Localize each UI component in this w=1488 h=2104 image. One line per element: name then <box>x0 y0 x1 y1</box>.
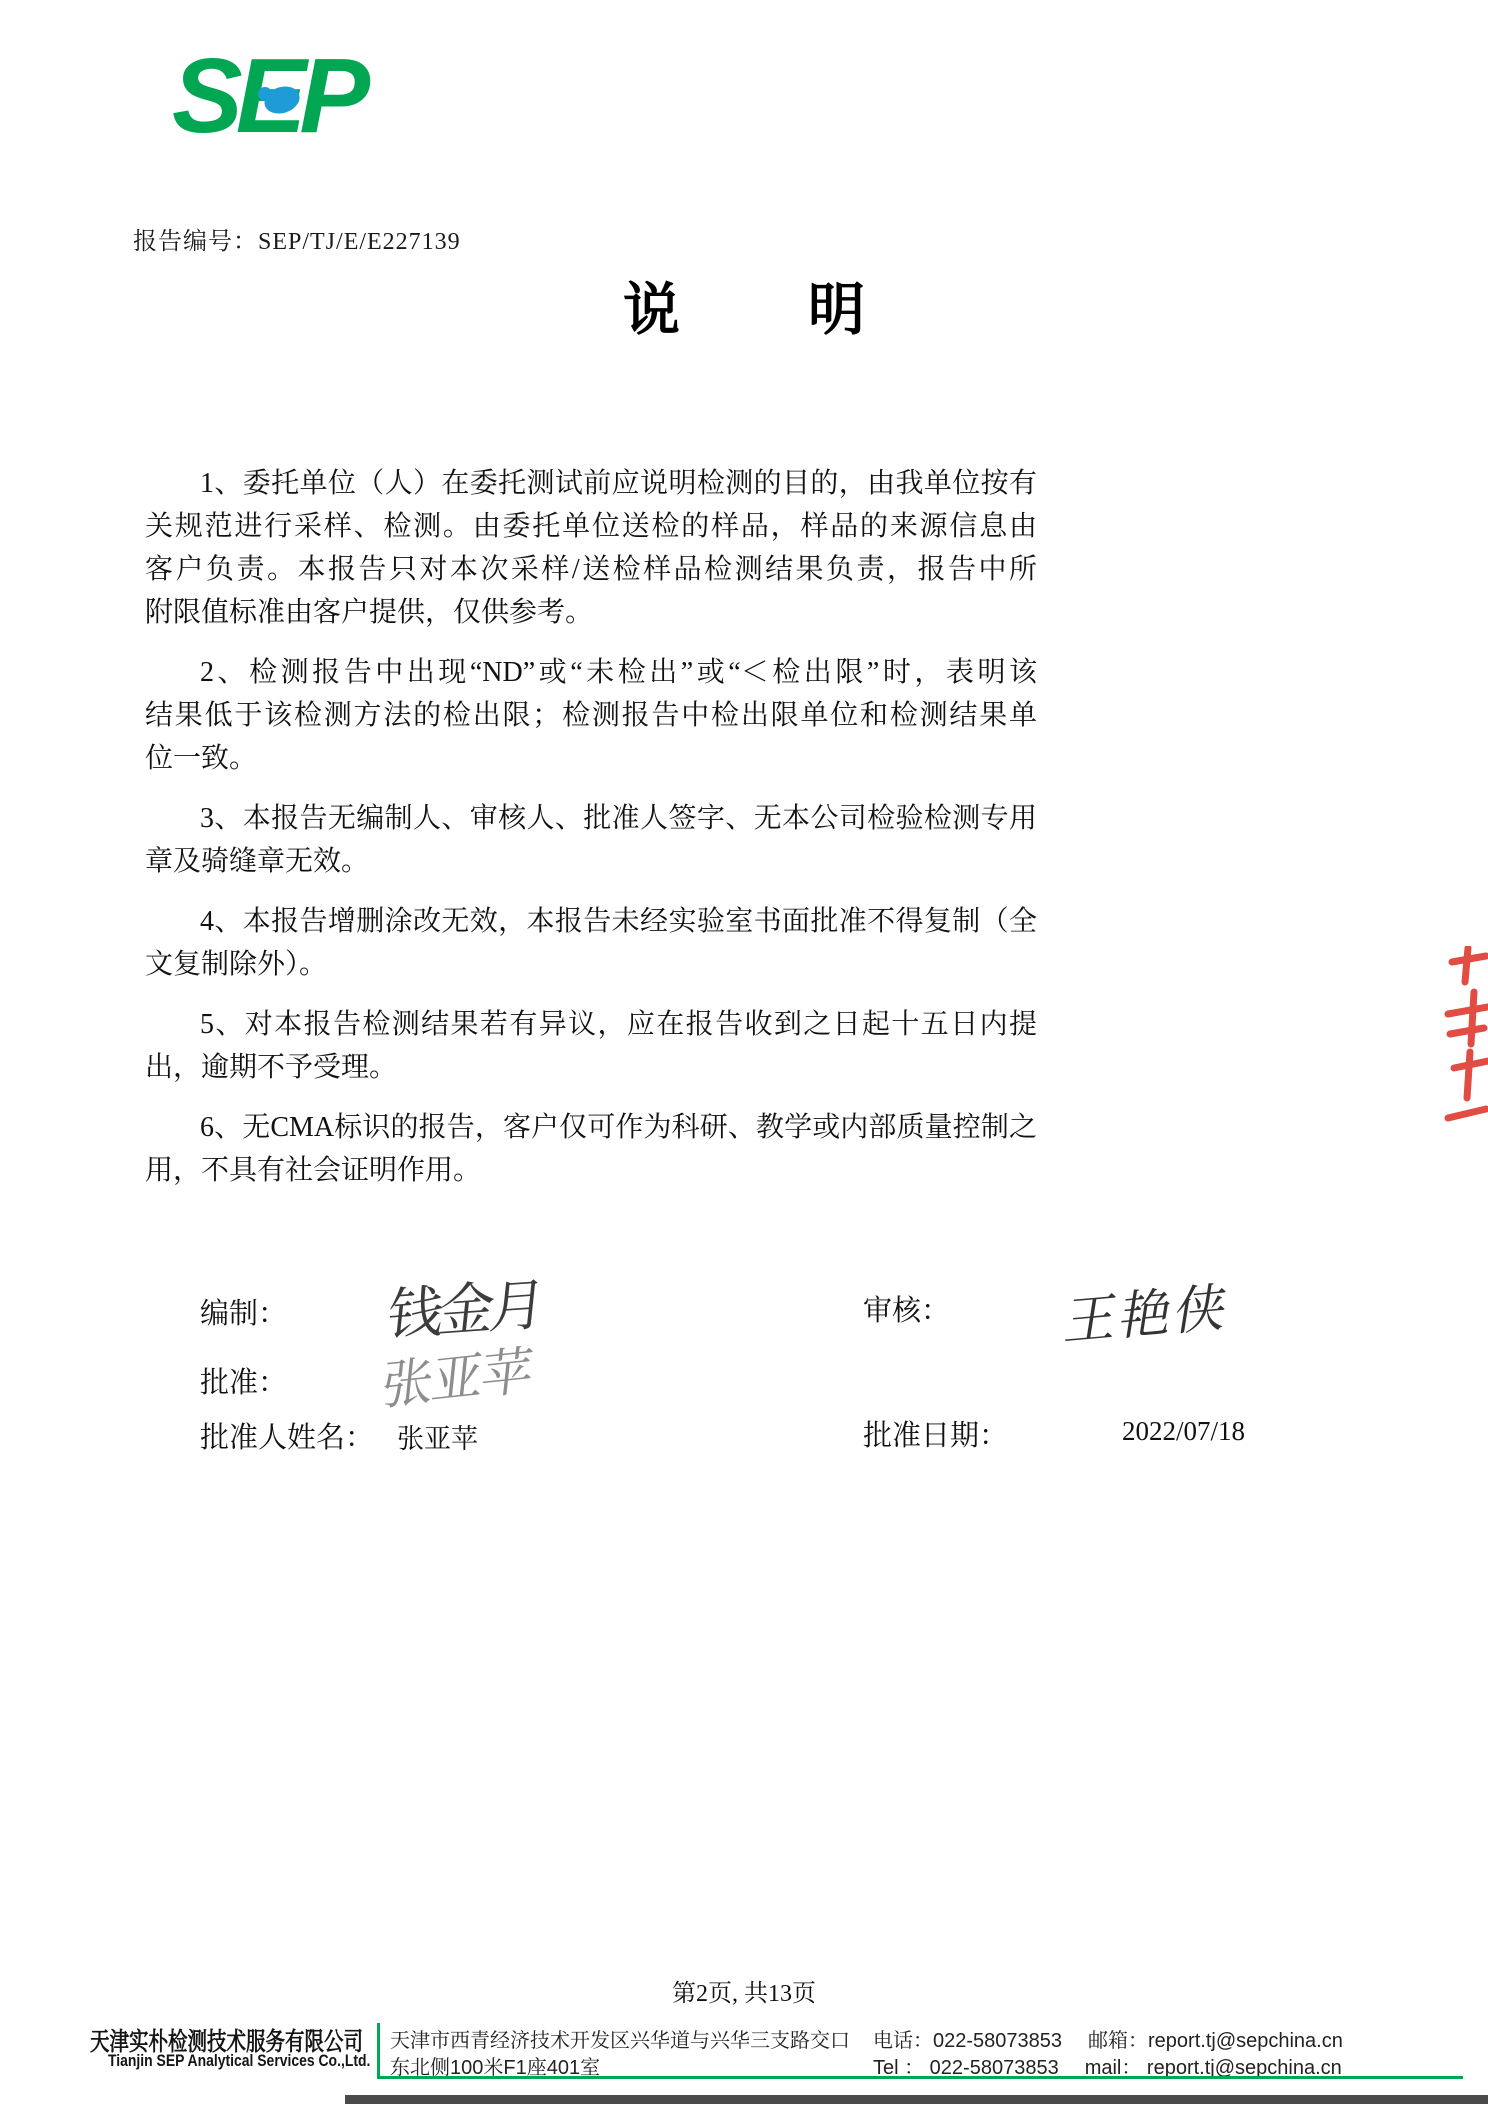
approved-signature-handwritten: 张亚苹 <box>378 1328 535 1420</box>
note-line: 5、对本报告检测结果若有异议，应在报告收到之日起十五日内提 <box>145 1003 1037 1046</box>
email-value: 邮箱：report.tj@sepchina.cn <box>1088 2024 1343 2053</box>
note-paragraph: 1、委托单位（人）在委托测试前应说明检测的目的，由我单位按有 关规范进行采样、检… <box>145 462 1037 634</box>
note-paragraph: 4、本报告增删涂改无效，本报告未经实验室书面批准不得复制（全 文复制除外）。 <box>145 900 1037 986</box>
note-line: 4、本报告增删涂改无效，本报告未经实验室书面批准不得复制（全 <box>145 900 1037 943</box>
note-line: 结果低于该检测方法的检出限；检测报告中检出限单位和检测结果单 <box>145 694 1037 737</box>
note-line: 关规范进行采样、检测。由委托单位送检的样品，样品的来源信息由 <box>145 505 1037 548</box>
approver-name-value: 张亚苹 <box>397 1417 478 1456</box>
note-line: 6、无CMA标识的报告，客户仅可作为科研、教学或内部质量控制之 <box>145 1106 1037 1149</box>
note-line: 用，不具有社会证明作用。 <box>145 1149 1037 1192</box>
note-paragraph: 6、无CMA标识的报告，客户仅可作为科研、教学或内部质量控制之 用，不具有社会证… <box>145 1106 1037 1192</box>
note-line: 位一致。 <box>145 737 1037 780</box>
reviewed-label: 审核： <box>863 1288 950 1329</box>
note-line: 文复制除外）。 <box>145 943 1037 986</box>
straddle-seal-fragment-icon <box>1442 946 1488 1141</box>
report-number-value: SEP/TJ/E/E227139 <box>258 229 461 255</box>
note-line: 附限值标准由客户提供，仅供参考。 <box>145 591 1037 634</box>
sep-logo: SEP <box>170 42 395 152</box>
report-page: SEP 报告编号：SEP/TJ/E/E227139 说 明 1、委托单位（人）在… <box>0 0 1488 2104</box>
reviewed-signature-handwritten: 王艳侠 <box>1060 1264 1236 1355</box>
report-number-label: 报告编号： <box>133 229 258 255</box>
footer-vertical-divider <box>377 2023 380 2078</box>
note-paragraph: 3、本报告无编制人、审核人、批准人签字、无本公司检验检测专用 章及骑缝章无效。 <box>145 797 1037 883</box>
company-name-en: Tianjin SEP Analytical Services Co.,Ltd. <box>108 2051 370 2071</box>
title-char-1: 说 <box>623 264 680 346</box>
note-line: 1、委托单位（人）在委托测试前应说明检测的目的，由我单位按有 <box>145 462 1037 505</box>
note-paragraph: 5、对本报告检测结果若有异议，应在报告收到之日起十五日内提 出，逾期不予受理。 <box>145 1003 1037 1089</box>
prepared-label: 编制： <box>200 1291 287 1332</box>
note-line: 2、检测报告中出现“ND”或“未检出”或“＜检出限”时，表明该 <box>145 651 1037 694</box>
note-line: 章及骑缝章无效。 <box>145 840 1037 883</box>
note-line: 3、本报告无编制人、审核人、批准人签字、无本公司检验检测专用 <box>145 797 1037 840</box>
approved-label: 批准： <box>200 1360 287 1401</box>
phone-value: 电话：022-58073853 <box>873 2024 1062 2053</box>
page-number: 第2页, 共13页 <box>0 1973 1488 2008</box>
notes-section: 1、委托单位（人）在委托测试前应说明检测的目的，由我单位按有 关规范进行采样、检… <box>145 462 1037 1209</box>
title-char-2: 明 <box>808 264 865 346</box>
approver-name-label: 批准人姓名： <box>200 1415 374 1456</box>
footer-bottom-bar <box>345 2095 1488 2104</box>
contact-line-1: 电话：022-58073853 邮箱：report.tj@sepchina.cn <box>873 2024 1343 2053</box>
page-title: 说 明 <box>0 264 1488 346</box>
report-number: 报告编号：SEP/TJ/E/E227139 <box>133 221 461 256</box>
footer-green-line <box>377 2076 1463 2079</box>
address-line-1: 天津市西青经济技术开发区兴华道与兴华三支路交口 <box>390 2024 850 2053</box>
approval-date-value: 2022/07/18 <box>1122 1416 1245 1447</box>
note-line: 出，逾期不予受理。 <box>145 1046 1037 1089</box>
sep-logo-graphic: SEP <box>170 42 395 152</box>
approval-date-label: 批准日期： <box>863 1413 1008 1454</box>
note-line: 客户负责。本报告只对本次采样/送检样品检测结果负责，报告中所 <box>145 548 1037 591</box>
note-paragraph: 2、检测报告中出现“ND”或“未检出”或“＜检出限”时，表明该 结果低于该检测方… <box>145 651 1037 780</box>
